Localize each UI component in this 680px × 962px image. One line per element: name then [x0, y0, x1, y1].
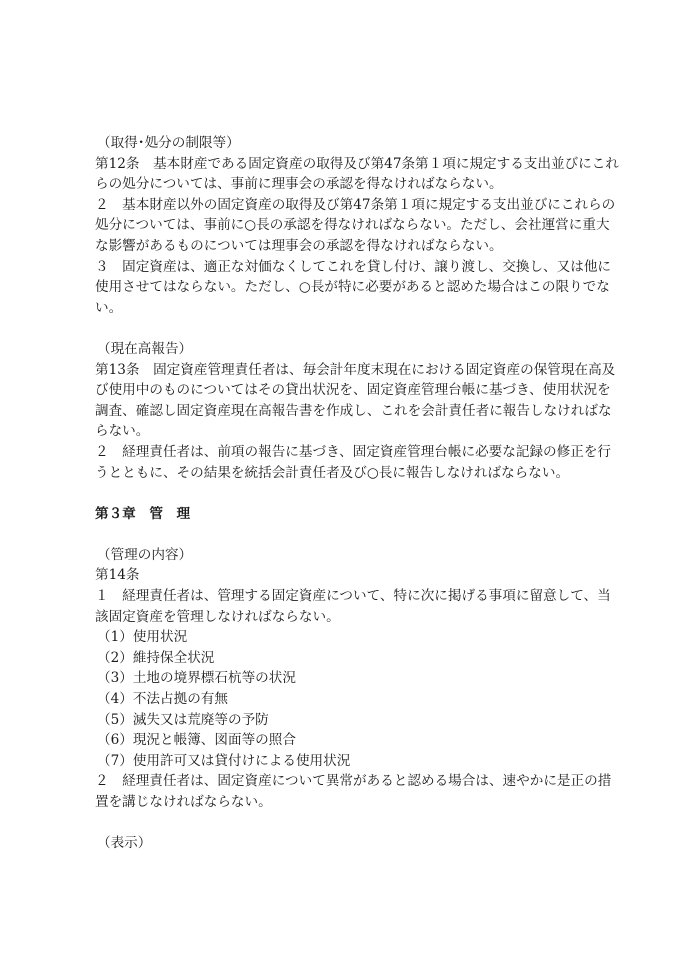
- article-12-line: 第12条 基本財産である固定資産の取得及び第47条第１項に規定する支出並びにこれ: [95, 154, 583, 175]
- article-14-para1-line: １ 経理責任者は、管理する固定資産について、特に次に掲げる事項に留意して、当: [95, 586, 583, 607]
- article-13-line: び使用中のものについてはその貸出状況を、固定資産管理台帳に基づき、使用状況を: [95, 380, 583, 401]
- list-item: （6）現況と帳簿、図面等の照合: [95, 730, 583, 751]
- next-section-caption: （表示）: [95, 833, 583, 854]
- article-14-para2-line: ２ 経理責任者は、固定資産について異常があると認める場合は、速やかに是正の措: [95, 771, 583, 792]
- article-13-para2-line: ２ 経理責任者は、前項の報告に基づき、固定資産管理台帳に必要な記録の修正を行: [95, 442, 583, 463]
- article-13-line: 第13条 固定資産管理責任者は、毎会計年度末現在における固定資産の保管現在高及: [95, 360, 583, 381]
- article-13-caption: （現在高報告）: [95, 339, 583, 360]
- article-12-para3-line: い。: [95, 298, 583, 319]
- article-12-para2-line: 処分については、事前に○長の承認を得なければならない。ただし、会社運営に重大: [95, 215, 583, 236]
- article-12-para2-line: ２ 基本財産以外の固定資産の取得及び第47条第１項に規定する支出並びにこれらの: [95, 195, 583, 216]
- article-13-line: らない。: [95, 421, 583, 442]
- article-12-para3-line: ３ 固定資産は、適正な対価なくしてこれを貸し付け、譲り渡し、交換し、又は他に: [95, 257, 583, 278]
- spacer: [95, 483, 583, 504]
- article-13-para2-line: うとともに、その結果を統括会計責任者及び○長に報告しなければならない。: [95, 463, 583, 484]
- article-14-number: 第14条: [95, 565, 583, 586]
- article-14-caption: （管理の内容）: [95, 545, 583, 566]
- article-12-caption: （取得･処分の制限等）: [95, 133, 583, 154]
- article-12-para2-line: な影響があるものについては理事会の承認を得なければならない。: [95, 236, 583, 257]
- article-14-para1-line: 該固定資産を管理しなければならない。: [95, 607, 583, 628]
- article-12-para3-line: 使用させてはならない。ただし、○長が特に必要があると認めた場合はこの限りでな: [95, 277, 583, 298]
- list-item: （2）維持保全状況: [95, 648, 583, 669]
- article-12-line: らの処分については、事前に理事会の承認を得なければならない。: [95, 174, 583, 195]
- spacer: [95, 524, 583, 545]
- document-page: （取得･処分の制限等） 第12条 基本財産である固定資産の取得及び第47条第１項…: [95, 133, 583, 854]
- list-item: （5）滅失又は荒廃等の予防: [95, 710, 583, 731]
- spacer: [95, 318, 583, 339]
- list-item: （3）土地の境界標石杭等の状況: [95, 668, 583, 689]
- spacer: [95, 813, 583, 834]
- chapter-heading: 第３章 管 理: [95, 504, 583, 525]
- list-item: （4）不法占拠の有無: [95, 689, 583, 710]
- list-item: （1）使用状況: [95, 627, 583, 648]
- article-13-line: 調査、確認し固定資産現在高報告書を作成し、これを会計責任者に報告しなければな: [95, 401, 583, 422]
- list-item: （7）使用許可又は貸付けによる使用状況: [95, 751, 583, 772]
- article-14-para2-line: 置を講じなければならない。: [95, 792, 583, 813]
